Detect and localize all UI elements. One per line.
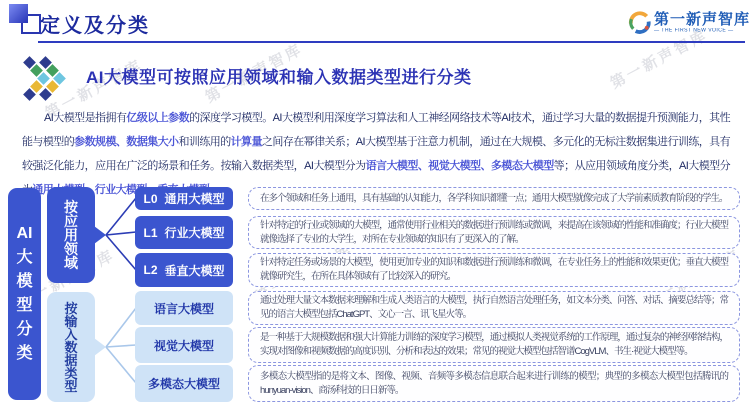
desc-vertical-model: 针对特定任务或场景的大模型，使用更加专业的知识和数据进行预训练和微调，在专业任务…: [248, 253, 740, 287]
intro-text: 和训练用的: [178, 136, 230, 148]
intro-highlight: 计算量: [231, 136, 262, 148]
item-label: 垂直大模型: [165, 262, 225, 279]
slide-ai-model-definition-classification: 第一新声智库 第一新声智库 第一新声智库 第一新声智库 第一新声智库 第一新声智…: [0, 0, 750, 407]
item-label: 多模态大模型: [148, 375, 220, 392]
desc-multimodal-model: 多模态大模型指的是将文本、图像、视频、音频等多模态信息联合起来进行训练的模型；典…: [248, 365, 740, 402]
logo-text: 第一新声智库 — THE FIRST NEW VOICE —: [654, 11, 750, 34]
logo-globe-icon: [628, 11, 651, 34]
group-label: 按输入数据类型: [64, 302, 77, 393]
item-l0-general-model: L0 通用大模型: [135, 187, 233, 210]
section-title: AI大模型可按照应用领域和输入数据类型进行分类: [86, 63, 472, 88]
desc-general-model: 在多个领域和任务上通用，具有基础的认知能力，各学科知识都懂一点；通用大模型就像完…: [248, 187, 740, 210]
item-l1-industry-model: L1 行业大模型: [135, 216, 233, 249]
diamonds-icon: [24, 57, 68, 101]
desc-industry-model: 针对特定的行业或领域的大模型，通常使用行业相关的数据进行预训练或微调，来提高在该…: [248, 216, 740, 249]
logo-name: 第一新声智库: [654, 11, 750, 28]
header-divider: [38, 41, 745, 43]
group-by-input-data-type: 按输入数据类型: [47, 292, 95, 402]
item-l2-vertical-model: L2 垂直大模型: [135, 253, 233, 287]
desc-vision-model: 是一种基于大规模数据和强大计算能力训练的深度学习模型，通过模拟人类视觉系统的工作…: [248, 327, 740, 363]
header-square-icon: [9, 4, 28, 23]
item-tag: L1: [143, 226, 157, 240]
item-label: 语言大模型: [154, 300, 214, 317]
intro-highlight: 语言大模型、视觉大模型、多模态大模型: [366, 160, 554, 172]
sidebar-category-label: AI大模型分类: [8, 188, 41, 400]
logo-tagline: — THE FIRST NEW VOICE —: [654, 28, 736, 33]
group-label: 按应用领域: [64, 200, 78, 270]
item-tag: L0: [143, 192, 157, 206]
intro-highlight: 参数规模、数据集大小: [74, 136, 178, 148]
item-tag: L2: [143, 263, 157, 277]
group-by-application-domain: 按应用领域: [47, 187, 95, 283]
desc-language-model: 通过处理大量文本数据来理解和生成人类语言的大模型，执行自然语言处理任务，如文本分…: [248, 291, 740, 325]
item-label: 通用大模型: [165, 190, 225, 207]
logo: 第一新声智库 — THE FIRST NEW VOICE —: [628, 11, 750, 34]
group-arrow: [94, 338, 106, 356]
item-multimodal-model: 多模态大模型: [135, 365, 233, 402]
page-title: 定义及分类: [40, 9, 150, 38]
intro-text: AI大模型是指拥有: [44, 112, 126, 124]
item-language-model: 语言大模型: [135, 291, 233, 325]
item-label: 视觉大模型: [154, 337, 214, 354]
watermark: 第一新声智库: [606, 24, 711, 93]
item-vision-model: 视觉大模型: [135, 327, 233, 363]
item-label: 行业大模型: [165, 224, 225, 241]
group-arrow: [94, 226, 106, 244]
intro-highlight: 亿级以上参数: [126, 112, 189, 124]
